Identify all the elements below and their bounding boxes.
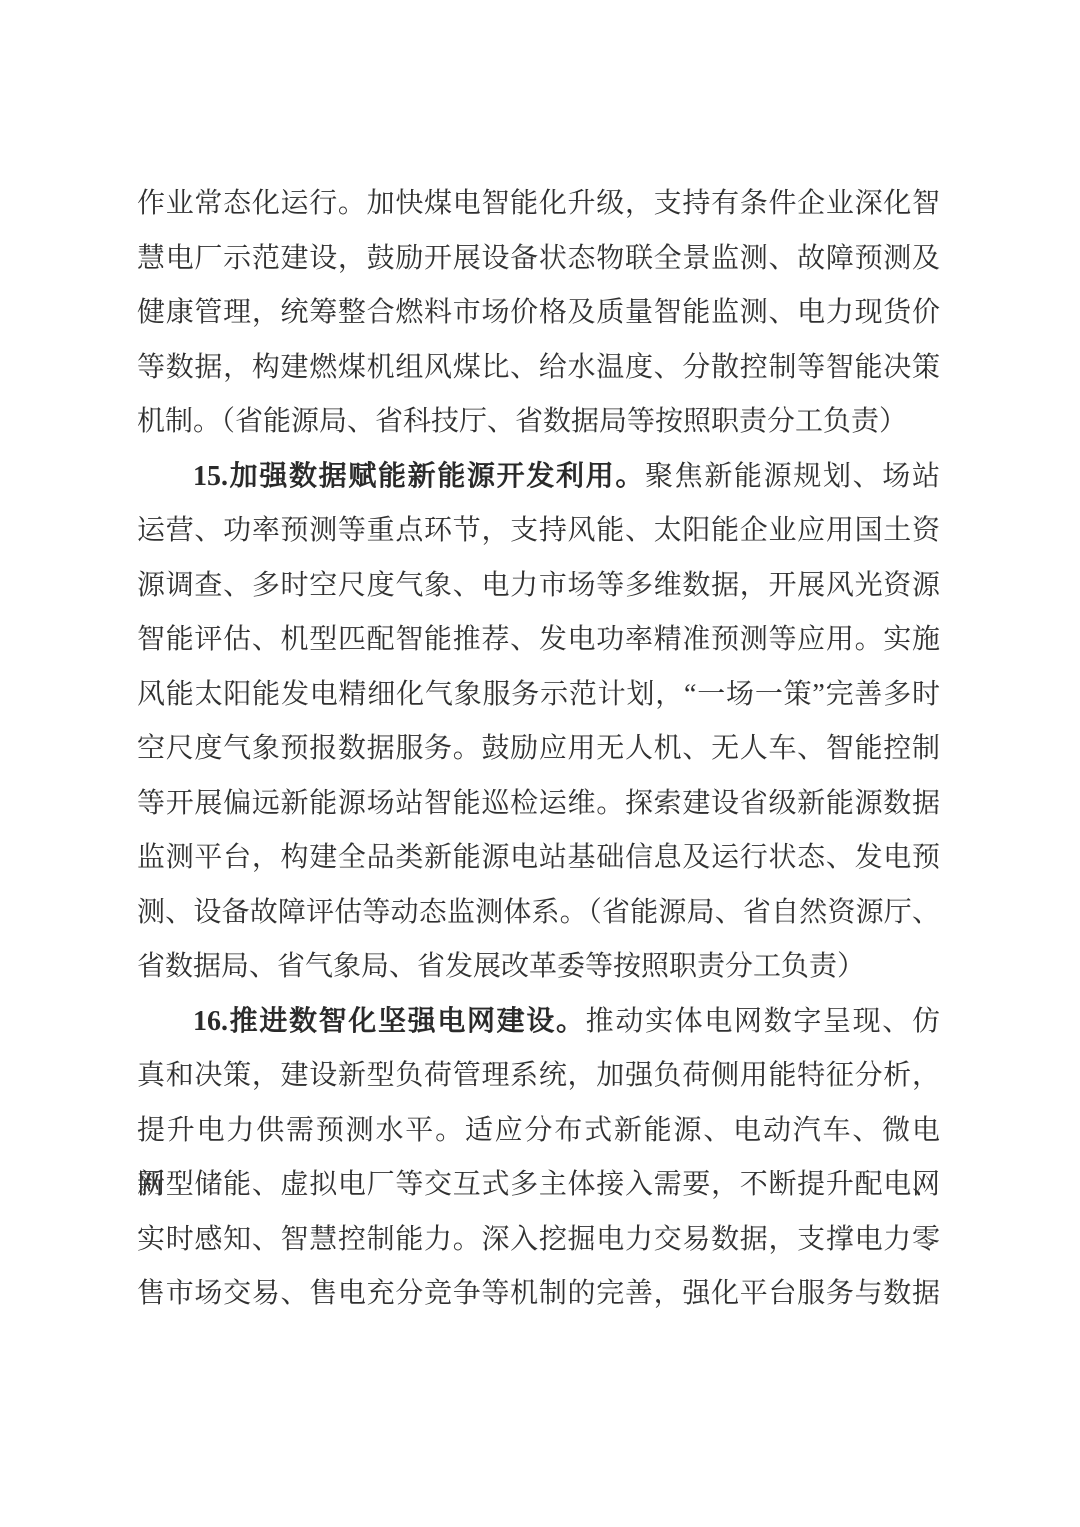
text-line: 机制。（省能源局、省科技厅、省数据局等按照职责分工负责） bbox=[137, 395, 940, 450]
line-text: 聚焦新能源规划、场站 bbox=[645, 461, 940, 492]
text-line: 空尺度气象预报数据服务。鼓励应用无人机、无人车、智能控制 bbox=[137, 722, 940, 777]
line-text: 推动实体电网数字呈现、仿 bbox=[586, 1006, 940, 1037]
text-line: 等数据，构建燃煤机组风煤比、给水温度、分散控制等智能决策 bbox=[137, 341, 940, 396]
text-line: 测、设备故障评估等动态监测体系。（省能源局、省自然资源厅、 bbox=[137, 886, 940, 941]
text-line: 风能太阳能发电精细化气象服务示范计划，“一场一策”完善多时 bbox=[137, 668, 940, 723]
document-body: 作业常态化运行。加快煤电智能化升级，支持有条件企业深化智慧电厂示范建设，鼓励开展… bbox=[137, 177, 940, 1322]
text-line: 新型储能、虚拟电厂等交互式多主体接入需要，不断提升配电网 bbox=[137, 1158, 940, 1213]
text-line: 智能评估、机型匹配智能推荐、发电功率精准预测等应用。实施 bbox=[137, 613, 940, 668]
text-line: 健康管理，统筹整合燃料市场价格及质量智能监测、电力现货价 bbox=[137, 286, 940, 341]
text-line: 省数据局、省气象局、省发展改革委等按照职责分工负责） bbox=[137, 940, 940, 995]
text-line: 实时感知、智慧控制能力。深入挖掘电力交易数据，支撑电力零 bbox=[137, 1213, 940, 1268]
text-line: 16.推进数智化坚强电网建设。推动实体电网数字呈现、仿 bbox=[137, 995, 940, 1050]
item-heading: 16.推进数智化坚强电网建设。 bbox=[193, 1006, 586, 1037]
text-line: 作业常态化运行。加快煤电智能化升级，支持有条件企业深化智 bbox=[137, 177, 940, 232]
text-line: 运营、功率预测等重点环节，支持风能、太阳能企业应用国土资 bbox=[137, 504, 940, 559]
document-page: 作业常态化运行。加快煤电智能化升级，支持有条件企业深化智慧电厂示范建设，鼓励开展… bbox=[0, 0, 1080, 1527]
text-line: 源调查、多时空尺度气象、电力市场等多维数据，开展风光资源 bbox=[137, 559, 940, 614]
text-line: 提升电力供需预测水平。适应分布式新能源、电动汽车、微电网、 bbox=[137, 1104, 940, 1159]
text-line: 15.加强数据赋能新能源开发利用。聚焦新能源规划、场站 bbox=[137, 450, 940, 505]
item-heading: 15.加强数据赋能新能源开发利用。 bbox=[193, 461, 645, 492]
text-line: 等开展偏远新能源场站智能巡检运维。探索建设省级新能源数据 bbox=[137, 777, 940, 832]
text-line: 慧电厂示范建设，鼓励开展设备状态物联全景监测、故障预测及 bbox=[137, 232, 940, 287]
text-line: 真和决策，建设新型负荷管理系统，加强负荷侧用能特征分析， bbox=[137, 1049, 940, 1104]
text-line: 监测平台，构建全品类新能源电站基础信息及运行状态、发电预 bbox=[137, 831, 940, 886]
text-line: 售市场交易、售电充分竞争等机制的完善，强化平台服务与数据 bbox=[137, 1267, 940, 1322]
